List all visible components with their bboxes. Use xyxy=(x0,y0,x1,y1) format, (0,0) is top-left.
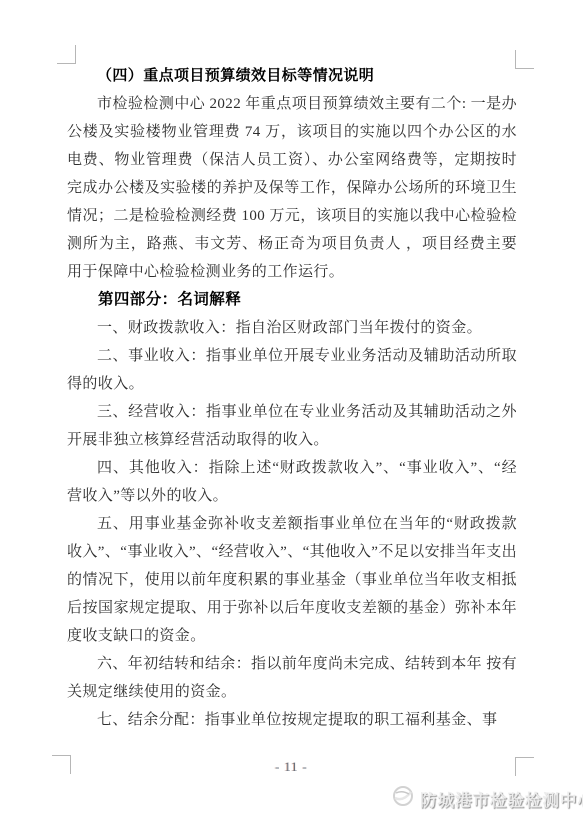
document-page: （四）重点项目预算绩效目标等情况说明 市检验检测中心 2022 年重点项目预算绩… xyxy=(0,0,583,825)
watermark: 防城港市检验检测中心 xyxy=(392,785,583,812)
section4-heading: （四）重点项目预算绩效目标等情况说明 xyxy=(67,62,517,90)
center-emblem-icon xyxy=(392,785,414,812)
watermark-text: 防城港市检验检测中心 xyxy=(420,787,583,811)
section4-paragraph: 市检验检测中心 2022 年重点项目预算绩效主要有二个: 一是办公楼及实验楼物业… xyxy=(67,90,517,286)
term-item-2: 二、事业收入：指事业单位开展专业业务活动及辅助活动所取得的收入。 xyxy=(67,342,517,398)
term-item-6: 六、年初结转和结余：指以前年度尚未完成、结转到本年 按有关规定继续使用的资金。 xyxy=(67,650,517,706)
document-body: （四）重点项目预算绩效目标等情况说明 市检验检测中心 2022 年重点项目预算绩… xyxy=(67,62,517,734)
page-number: - 11 - xyxy=(0,760,583,775)
term-item-3: 三、经营收入：指事业单位在专业业务活动及其辅助活动之外开展非独立核算经营活动取得… xyxy=(67,398,517,454)
crop-mark-top-right xyxy=(515,50,534,69)
term-item-5: 五、用事业基金弥补收支差额指事业单位在当年的“财政拨款收入”、“事业收入”、“经… xyxy=(67,510,517,650)
term-item-1: 一、财政拨款收入：指自治区财政部门当年拨付的资金。 xyxy=(67,314,517,342)
part4-heading: 第四部分：名词解释 xyxy=(67,286,517,314)
term-item-7: 七、结余分配：指事业单位按规定提取的职工福利基金、事 xyxy=(67,706,517,734)
term-item-4: 四、其他收入：指除上述“财政拨款收入”、“事业收入”、“经营收入”等以外的收入。 xyxy=(67,454,517,510)
